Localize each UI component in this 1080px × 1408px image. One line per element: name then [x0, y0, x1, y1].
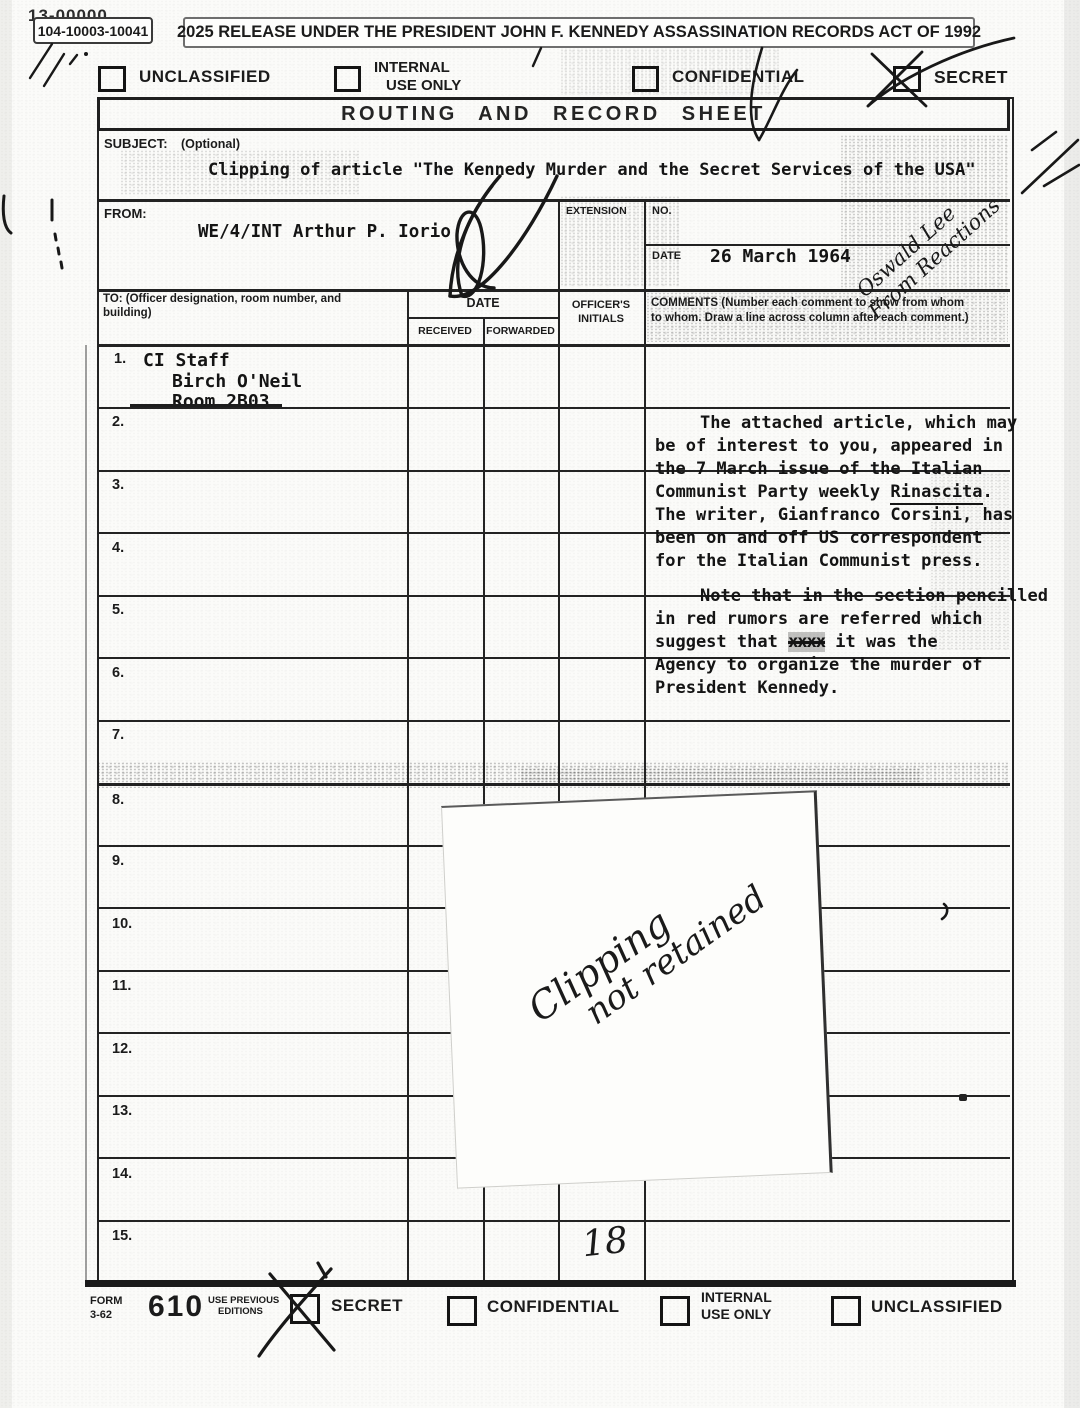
- form-title: ROUTING AND RECORD SHEET: [341, 103, 766, 126]
- form-title-bar: ROUTING AND RECORD SHEET: [97, 97, 1010, 131]
- internal-use-only-label-top-line1: INTERNAL: [374, 59, 450, 76]
- comments-line-with-strikeout: suggest that xxxx it was the: [655, 631, 1055, 654]
- footer-form-number: 610: [148, 1290, 204, 1324]
- unclassified-checkbox-bottom: [831, 1296, 861, 1326]
- struck-word: xxxx: [788, 632, 825, 652]
- row-number: 14.: [112, 1166, 132, 1182]
- scan-edge-left: [0, 0, 12, 1408]
- comments-paragraph-1: The attached article, which may be of in…: [655, 412, 1055, 573]
- row1-to-line2: Birch O'Neil: [172, 371, 302, 392]
- subject-value: Clipping of article "The Kennedy Murder …: [208, 160, 976, 180]
- left-margin-pen-marks: [3, 196, 62, 268]
- confidential-checkbox-bottom: [447, 1296, 477, 1326]
- scan-edge-right: [1064, 0, 1080, 1408]
- confidential-checkbox-top: [632, 66, 659, 92]
- secret-label-top: SECRET: [934, 67, 1008, 88]
- from-label: FROM:: [104, 206, 147, 221]
- grid-line: [97, 783, 1010, 786]
- forwarded-column-header: FORWARDED: [483, 325, 558, 337]
- row-number: 10.: [112, 916, 132, 932]
- footer-form-label: FORM: [90, 1295, 122, 1307]
- row-number: 6.: [112, 665, 124, 681]
- date-column-header: DATE: [407, 296, 559, 310]
- footer-use-previous-line2: EDITIONS: [218, 1306, 263, 1317]
- scanned-routing-record-sheet: 13-00000 104-10003-10041 2025 RELEASE UN…: [0, 0, 1080, 1408]
- subject-label: SUBJECT:: [104, 136, 168, 151]
- grid-line: [97, 344, 1010, 347]
- to-column-header: TO: (Officer designation, room number, a…: [103, 292, 403, 320]
- row-number: 1.: [114, 351, 126, 367]
- row-number: 15.: [112, 1228, 132, 1244]
- grid-line: [97, 720, 1010, 722]
- row1-to-line3: Room 2B03: [172, 391, 270, 412]
- date-value: 26 March 1964: [710, 246, 851, 267]
- row-number: 7.: [112, 727, 124, 743]
- grid-line: [407, 289, 409, 1283]
- row-number: 2.: [112, 414, 124, 430]
- record-id-box: 104-10003-10041: [33, 17, 153, 44]
- grid-line: [97, 199, 1010, 202]
- left-ghost-border: [85, 345, 87, 1283]
- from-value: WE/4/INT Arthur P. Iorio: [198, 222, 451, 242]
- unclassified-checkbox-top: [98, 66, 126, 92]
- secret-label-bottom: SECRET: [331, 1296, 403, 1316]
- subject-optional-label: (Optional): [181, 137, 240, 151]
- form-bottom-heavy-border: [85, 1280, 1016, 1287]
- record-id: 104-10003-10041: [38, 23, 149, 39]
- secret-checkbox-bottom: [290, 1294, 320, 1324]
- pen-dot: [84, 52, 88, 56]
- release-banner: 2025 RELEASE UNDER THE PRESIDENT JOHN F.…: [183, 17, 975, 48]
- received-column-header: RECEIVED: [407, 325, 483, 337]
- internal-use-only-checkbox-top: [334, 66, 361, 92]
- unclassified-label-bottom: UNCLASSIFIED: [871, 1297, 1003, 1317]
- internal-label-bottom-line2: USE ONLY: [701, 1306, 771, 1322]
- row-number: 12.: [112, 1041, 132, 1057]
- comments-paragraph-2: Note that in the section pencilled in re…: [655, 585, 1055, 700]
- date-label: DATE: [652, 250, 681, 262]
- grid-line: [97, 1220, 1010, 1222]
- internal-use-only-label-top-line2: USE ONLY: [386, 77, 461, 94]
- comments-column-header: COMMENTS (Number each comment to show fr…: [651, 296, 1011, 326]
- confidential-label-bottom: CONFIDENTIAL: [487, 1297, 620, 1317]
- row-number: 4.: [112, 540, 124, 556]
- no-label: NO.: [652, 205, 672, 217]
- unclassified-label-top: UNCLASSIFIED: [139, 67, 271, 87]
- underlined-word: Rinascita: [890, 482, 982, 505]
- row-number: 8.: [112, 792, 124, 808]
- paper-slip-overlay: Clipping not retained: [441, 790, 833, 1188]
- initials-column-header-line1: OFFICER'S: [558, 299, 644, 311]
- footer-form-date: 3-62: [90, 1309, 112, 1321]
- secret-checkbox-top: [893, 66, 921, 92]
- row-number: 9.: [112, 853, 124, 869]
- internal-use-only-checkbox-bottom: [660, 1296, 690, 1326]
- row1-to-line1: CI Staff: [143, 350, 230, 371]
- room-strikethrough-line: [130, 404, 282, 407]
- row-number: 5.: [112, 602, 124, 618]
- footer-use-previous-line1: USE PREVIOUS: [208, 1295, 279, 1306]
- initials-column-header-line2: INITIALS: [558, 313, 644, 325]
- slip-handwriting: Clipping not retained: [520, 847, 774, 1059]
- row-number: 13.: [112, 1103, 132, 1119]
- extension-label: EXTENSION: [566, 205, 627, 217]
- row-number: 3.: [112, 477, 124, 493]
- handwritten-page-count: 18: [580, 1220, 630, 1266]
- release-banner-text: 2025 RELEASE UNDER THE PRESIDENT JOHN F.…: [177, 23, 981, 42]
- internal-label-bottom-line1: INTERNAL: [701, 1289, 772, 1305]
- row-number: 11.: [112, 978, 131, 994]
- comments-line-with-underline: Communist Party weekly Rinascita.: [655, 481, 1055, 504]
- confidential-label-top: CONFIDENTIAL: [672, 67, 805, 87]
